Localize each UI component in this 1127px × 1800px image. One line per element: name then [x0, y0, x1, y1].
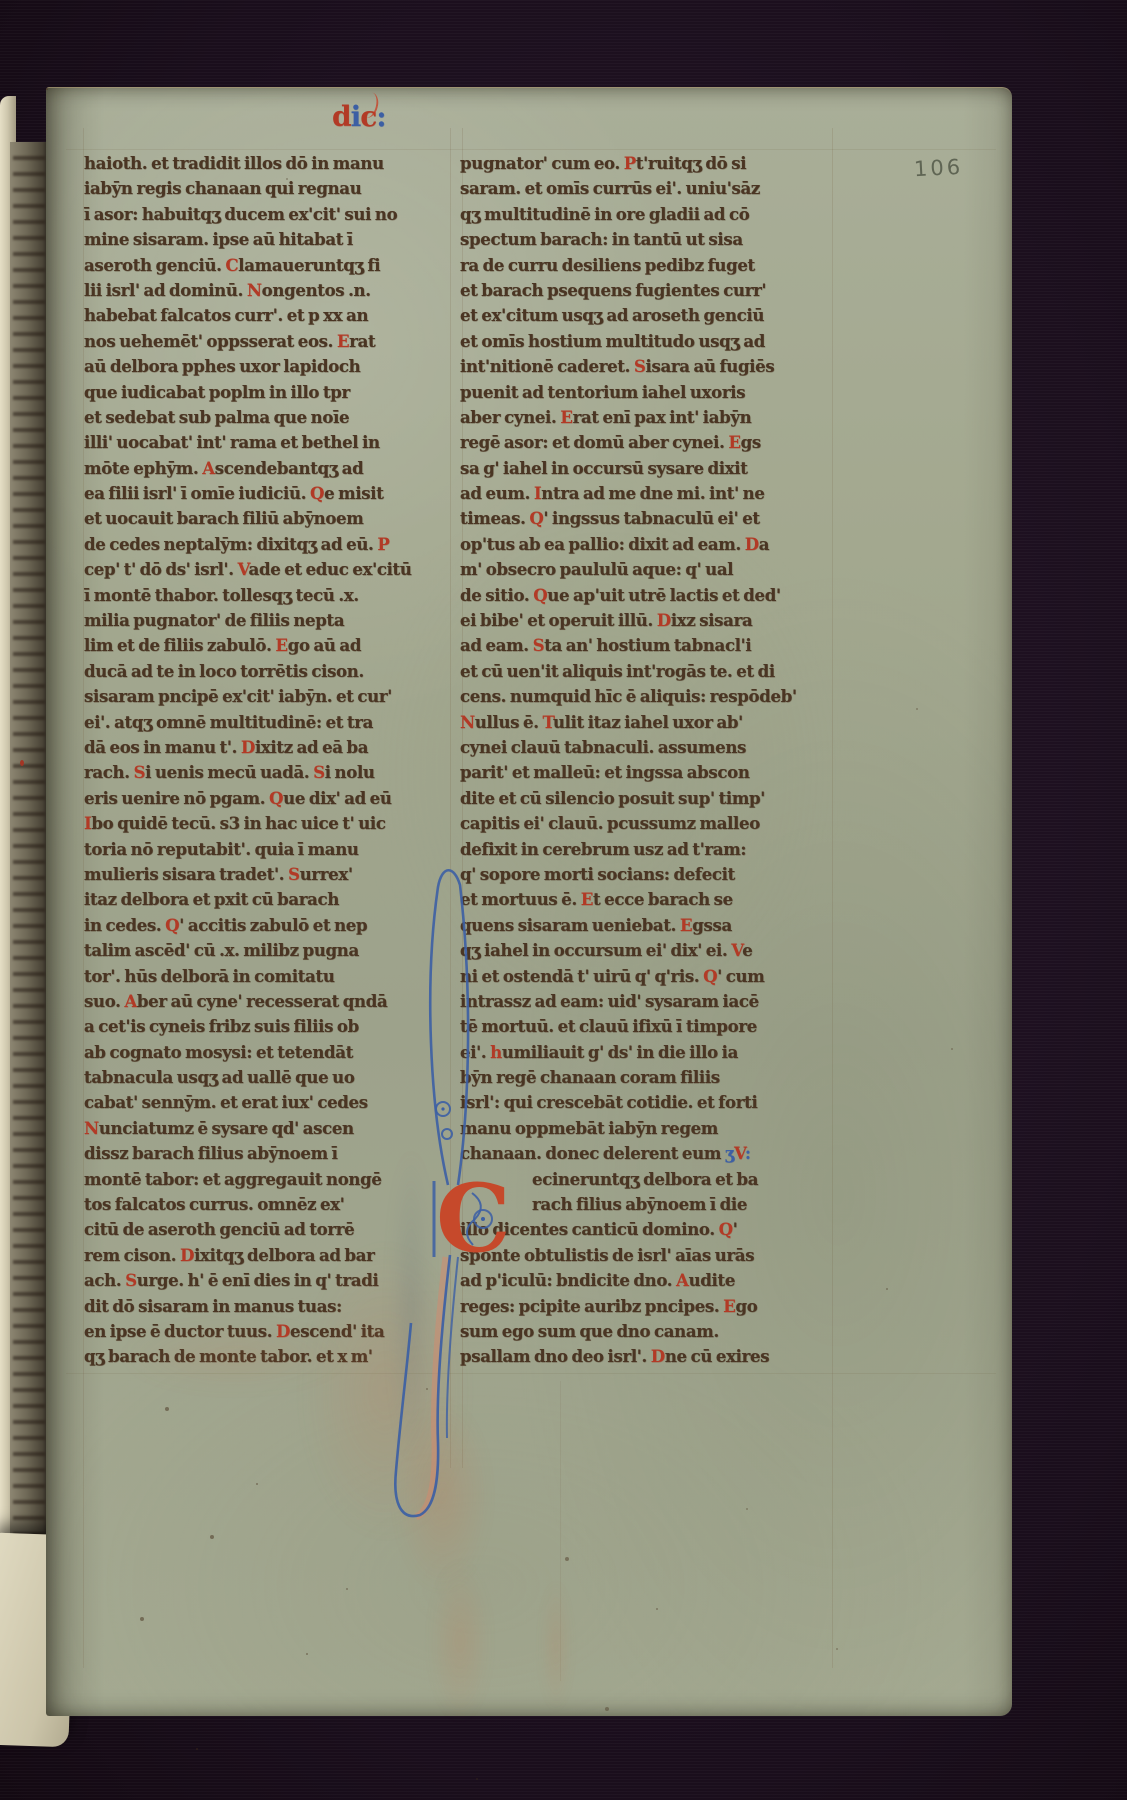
text-run: regē asor: et domū aber cynei. [460, 432, 728, 452]
text-run: D [657, 610, 671, 630]
text-run: dit dō sisaram in manus tuas: [84, 1296, 342, 1316]
text-line: que iudicabat poplm in illo tpr [84, 380, 454, 405]
text-line: ei'. atqʒ omnē multitudinē: et tra [84, 710, 454, 735]
text-run: N [247, 280, 262, 300]
text-line: mōte ephȳm. Ascendebantqʒ ad [84, 456, 454, 481]
text-line: cynei clauū tabnaculi. assumens [460, 735, 836, 760]
text-run: i uenis mecū uadā. [145, 762, 313, 782]
text-run: A [676, 1270, 689, 1290]
text-run: D [180, 1245, 194, 1265]
text-line: nos uehemēt' oppsserat eos. Erat [84, 329, 454, 354]
text-line: m' obsecro paululū aque: q' ual [460, 557, 836, 582]
text-run: tor'. hūs delborā in comitatu [84, 966, 335, 986]
text-run: C [225, 255, 238, 275]
text-line: et sedebat sub palma que noīe [84, 405, 454, 430]
text-run: S [533, 635, 545, 655]
text-run: e [742, 940, 752, 960]
text-run: D [276, 1321, 290, 1341]
text-run: sa g' iahel in occursū sysare dixit [460, 458, 748, 478]
text-run: T [542, 712, 552, 732]
text-line: ī asor: habuitqʒ ducem ex'cit' sui no [84, 202, 454, 227]
text-run: de cedes neptalȳm: dixitqʒ ad eū. [84, 534, 377, 554]
text-run: ach. [84, 1270, 125, 1290]
text-run: : [745, 1143, 751, 1163]
text-run: citū de aseroth genciū ad torrē [84, 1219, 354, 1239]
text-line: capitis ei' clauū. pcussumz malleo [460, 811, 836, 836]
text-run: ei bibe' et operuit illū. [460, 610, 657, 630]
text-line: dite et cū silencio posuit sup' timp' [460, 786, 836, 811]
show-through-stain [540, 1581, 572, 1711]
text-run: ea filii isrl' ī omīe iudiciū. [84, 483, 310, 503]
text-line: eris uenire nō pgam. Que dix' ad eū [84, 786, 454, 811]
text-run: ab cognato mosysi: et tetendāt [84, 1042, 353, 1062]
text-run: ' [733, 1219, 738, 1239]
parchment-page: dic: 106 haioth. et tradidit illos dō in… [46, 87, 1012, 1716]
text-run: mōte ephȳm. [84, 458, 202, 478]
text-run: Q [533, 585, 547, 605]
text-run: illi' uocabat' int' rama et bethel in [84, 432, 380, 452]
text-run: A [124, 991, 137, 1011]
text-run: et barach psequens fugientes curr' [460, 280, 766, 300]
text-run: mine sisaram. ipse aū hitabat ī [84, 229, 353, 249]
text-run: sisaram pncipē ex'cit' iabȳn. et cur' [84, 686, 392, 706]
text-run: lim et de filiis zabulō. [84, 635, 275, 655]
text-run: ' accitis zabulō et nep [179, 915, 367, 935]
text-line: de sitio. Que ap'uit utrē lactis et ded' [460, 583, 836, 608]
text-run: en ipse ē ductor tuus. [84, 1321, 276, 1341]
text-run: habebat falcatos curr'. et p xx an [84, 305, 368, 325]
text-run: E [581, 889, 593, 909]
text-run: lamaueruntqʒ fi [238, 255, 380, 275]
text-line: et ex'citum usqʒ ad aroseth genciū [460, 303, 836, 328]
text-run: cabat' sennȳm. et erat iux' cedes [84, 1092, 368, 1112]
text-run: rem cison. [84, 1245, 180, 1265]
manuscript-photo: dic: 106 haioth. et tradidit illos dō in… [0, 0, 1127, 1800]
text-line: lim et de filiis zabulō. Ego aū ad [84, 633, 454, 658]
text-run: capitis ei' clauū. pcussumz malleo [460, 813, 760, 833]
text-line: et cū uen'it aliquis int'rogās te. et di [460, 659, 836, 684]
text-run: ʒ [725, 1143, 734, 1163]
text-run: go aū ad [288, 635, 361, 655]
text-line: regē asor: et domū aber cynei. Egs [460, 430, 836, 455]
text-run: V [238, 559, 249, 579]
text-line: habebat falcatos curr'. et p xx an [84, 303, 454, 328]
text-line: int'nitionē caderet. Sisara aū fugiēs [460, 354, 836, 379]
text-line: dā eos in manu t'. Dixitz ad eā ba [84, 735, 454, 760]
text-run: Q [719, 1219, 733, 1239]
text-run: ī montē thabor. tollesqʒ tecū .x. [84, 585, 359, 605]
text-line: sa g' iahel in occursū sysare dixit [460, 456, 836, 481]
text-run: haioth. et tradidit illos dō in manu [84, 153, 384, 173]
text-run: talim ascēd' cū .x. milibz pugna [84, 940, 359, 960]
text-line: op'tus ab ea pallio: dixit ad eam. Da [460, 532, 836, 557]
text-run: S [125, 1270, 137, 1290]
text-run: a cet'is cyneis fribz suis filiis ob [84, 1016, 359, 1036]
text-run: m' obsecro paululū aque: q' ual [460, 559, 733, 579]
text-run: e misit [324, 483, 383, 503]
text-run: rat [349, 331, 375, 351]
text-run: P [624, 153, 636, 173]
text-run: a [759, 534, 769, 554]
text-run: rat enī pax int' iabȳn [573, 407, 752, 427]
text-run: dite et cū silencio posuit sup' timp' [460, 788, 765, 808]
text-run: int'nitionē caderet. [460, 356, 634, 376]
text-run: que iudicabat poplm in illo tpr [84, 382, 350, 402]
text-line: illi' uocabat' int' rama et bethel in [84, 430, 454, 455]
text-run: ' ingssus tabnaculū ei' et [543, 508, 759, 528]
ruling-line [66, 149, 996, 150]
text-run: rach filius abȳnoem ī die [532, 1194, 747, 1214]
text-run: spectum barach: in tantū ut sisa [460, 229, 743, 249]
text-run: Q [269, 788, 283, 808]
text-run: ullus ē. [475, 712, 543, 732]
text-run: tos falcatos currus. omnēz ex' [84, 1194, 344, 1214]
text-run: i nolu [325, 762, 375, 782]
text-run: umiliauit g' ds' in die illo ia [502, 1042, 738, 1062]
text-line: saram. et omīs currūs ei'. uniu'sāz [460, 176, 836, 201]
text-run: cep' t' dō ds' isrl'. [84, 559, 238, 579]
text-line: iabȳn regis chanaan qui regnau [84, 176, 454, 201]
text-run: E [560, 407, 572, 427]
text-line: lii isrl' ad dominū. Nongentos .n. [84, 278, 454, 303]
text-run: parit' et malleū: et ingssa abscon [460, 762, 750, 782]
text-run: toria nō reputabit'. quia ī manu [84, 839, 359, 859]
text-run: urrex' [300, 864, 353, 884]
text-run: tabnacula usqʒ ad uallē que uo [84, 1067, 355, 1087]
text-run: et uocauit barach filiū abȳnoem [84, 508, 363, 528]
text-run: S [313, 762, 325, 782]
text-run: N [84, 1118, 99, 1138]
text-run: E [723, 1296, 735, 1316]
penwork-dot-icon [441, 1107, 444, 1110]
text-run: aseroth genciū. [84, 255, 225, 275]
text-line: ra de curru desiliens pedibz fuget [460, 253, 836, 278]
text-run: V [731, 940, 742, 960]
text-run: et omīs hostium multitudo usqʒ ad [460, 331, 765, 351]
text-line: spectum barach: in tantū ut sisa [460, 227, 836, 252]
text-run: S [634, 356, 646, 376]
text-run: ad eum. [460, 483, 534, 503]
text-line: ducā ad te in loco torrētis cison. [84, 659, 454, 684]
text-line: mine sisaram. ipse aū hitabat ī [84, 227, 454, 252]
text-line: de cedes neptalȳm: dixitqʒ ad eū. P [84, 532, 454, 557]
text-run: ue dix' ad eū [283, 788, 391, 808]
text-run: S [288, 864, 300, 884]
text-run: timeas. [460, 508, 529, 528]
text-run: iabȳn regis chanaan qui regnau [84, 178, 361, 198]
text-line: et uocauit barach filiū abȳnoem [84, 506, 454, 531]
show-through-stain [430, 1561, 490, 1721]
text-run: scendebantqʒ ad [215, 458, 364, 478]
text-run: E [680, 915, 692, 935]
text-run: Q [165, 915, 179, 935]
text-run: Q [703, 966, 717, 986]
text-line: aber cynei. Erat enī pax int' iabȳn [460, 405, 836, 430]
text-run: D [745, 534, 759, 554]
text-run: D [241, 737, 255, 757]
text-run: op'tus ab ea pallio: dixit ad eam. [460, 534, 745, 554]
text-line: milia pugnator' de filiis nepta [84, 608, 454, 633]
text-run: lii isrl' ad dominū. [84, 280, 247, 300]
text-run: rach. [84, 762, 134, 782]
text-run: ixitz ad eā ba [255, 737, 368, 757]
ink-specks [46, 88, 48, 90]
text-run: ade et educ ex'citū [249, 559, 412, 579]
text-line: ad eum. Intra ad me dne mi. int' ne [460, 481, 836, 506]
text-run: gssa [692, 915, 732, 935]
text-run: t ecce barach se [593, 889, 733, 909]
text-run: suo. [84, 991, 124, 1011]
text-run: aber cynei. [460, 407, 560, 427]
text-run: itaz delbora et pxit cū barach [84, 889, 339, 909]
text-line: ī montē thabor. tollesqʒ tecū .x. [84, 583, 454, 608]
text-run: ta an' hostium tabnacl'i [544, 635, 751, 655]
text-run: in cedes. [84, 915, 165, 935]
text-line: cep' t' dō ds' isrl'. Vade et educ ex'ci… [84, 557, 454, 582]
text-run: de sitio. [460, 585, 533, 605]
text-line: ei bibe' et operuit illū. Dixz sisara [460, 608, 836, 633]
facing-page-shadowed-text [10, 142, 48, 1578]
text-run: ue ap'uit utrē lactis et ded' [547, 585, 780, 605]
text-run: d [332, 100, 351, 133]
penwork-knot-icon [442, 1129, 452, 1139]
text-run: ducā ad te in loco torrētis cison. [84, 661, 364, 681]
text-line: rach. Si uenis mecū uadā. Si nolu [84, 760, 454, 785]
text-line: timeas. Q' ingssus tabnaculū ei' et [460, 506, 836, 531]
text-run: montē tabor: et aggregauit nongē [84, 1169, 382, 1189]
text-line: parit' et malleū: et ingssa abscon [460, 760, 836, 785]
ruling-line [66, 1373, 996, 1374]
text-run: aū delbora pphes uxor lapidoch [84, 356, 360, 376]
text-run: Q [310, 483, 324, 503]
text-run: ecineruntqʒ delbora et ba [532, 1169, 758, 1189]
text-run: E [728, 432, 740, 452]
text-run: E [337, 331, 349, 351]
crease-line [560, 1381, 561, 1681]
text-run: udite [689, 1270, 735, 1290]
text-run: ntra ad me dne mi. int' ne [541, 483, 764, 503]
text-run: N [460, 712, 475, 732]
text-run: ulit itaz iahel uxor ab' [553, 712, 743, 732]
text-run: et ex'citum usqʒ ad aroseth genciū [460, 305, 764, 325]
text-run: go [735, 1296, 757, 1316]
folio-number: 106 [913, 155, 963, 182]
text-run: qʒ multitudinē in ore gladii ad cō [460, 204, 749, 224]
text-run: ne cū exires [665, 1346, 769, 1366]
text-run: ongentos .n. [262, 280, 371, 300]
text-line: et omīs hostium multitudo usqʒ ad [460, 329, 836, 354]
text-run: gs [741, 432, 761, 452]
text-line: et barach psequens fugientes curr' [460, 278, 836, 303]
text-run: A [202, 458, 215, 478]
text-run: ad eam. [460, 635, 533, 655]
text-run: ' cum [717, 966, 764, 986]
text-run: P [377, 534, 389, 554]
text-line: ad eam. Sta an' hostium tabnacl'i [460, 633, 836, 658]
text-run: cynei clauū tabnaculi. assumens [460, 737, 746, 757]
filigree-dot-icon [481, 1217, 485, 1221]
text-run: saram. et omīs currūs ei'. uniu'sāz [460, 178, 760, 198]
text-line: sisaram pncipē ex'cit' iabȳn. et cur' [84, 684, 454, 709]
text-run: Q [529, 508, 543, 528]
decorated-initial-penwork: C [350, 853, 520, 1563]
text-run: milia pugnator' de filiis nepta [84, 610, 344, 630]
text-run: ī asor: habuitqʒ ducem ex'cit' sui no [84, 204, 397, 224]
text-line: aseroth genciū. Clamaueruntqʒ fi [84, 253, 454, 278]
text-run: ixitqʒ delbora ad bar [194, 1245, 374, 1265]
text-run: ra de curru desiliens pedibz fuget [460, 255, 755, 275]
text-run: ixz sisara [671, 610, 753, 630]
text-run: V [734, 1143, 745, 1163]
text-line: haioth. et tradidit illos dō in manu [84, 151, 454, 176]
text-run: mulieris sisara tradet'. [84, 864, 288, 884]
red-accent-stroke-icon [416, 1257, 446, 1517]
text-run: bo quidē tecū. s3 in hac uice t' uic [91, 813, 385, 833]
text-line: aū delbora pphes uxor lapidoch [84, 354, 454, 379]
text-run: nos uehemēt' oppsserat eos. [84, 331, 337, 351]
text-run: dissz barach filius abȳnoem ī [84, 1143, 338, 1163]
text-line: puenit ad tentorium iahel uxoris [460, 380, 836, 405]
penwork-descender-icon [447, 1257, 458, 1438]
text-run: S [134, 762, 146, 782]
text-run: et sedebat sub palma que noīe [84, 407, 349, 427]
text-run: ei'. atqʒ omnē multitudinē: et tra [84, 712, 373, 732]
text-run: qʒ barach de monte tabor. et x m' [84, 1346, 373, 1366]
text-run: E [275, 635, 287, 655]
text-line: Ibo quidē tecū. s3 in hac uice t' uic [84, 811, 454, 836]
text-run: cens. numquid hīc ē aliquis: respōdeb' [460, 686, 797, 706]
text-run: isara aū fugiēs [646, 356, 775, 376]
text-run: D [651, 1346, 665, 1366]
text-run: t'ruitqʒ dō si [636, 153, 746, 173]
text-run: unciatumz ē sysare qd' ascen [99, 1118, 354, 1138]
text-run: et cū uen'it aliquis int'rogās te. et di [460, 661, 775, 681]
text-line: pugnator' cum eo. Pt'ruitqʒ dō si [460, 151, 836, 176]
text-line: ea filii isrl' ī omīe iudiciū. Qe misit [84, 481, 454, 506]
text-run: pugnator' cum eo. [460, 153, 624, 173]
text-run: puenit ad tentorium iahel uxoris [460, 382, 745, 402]
text-run: urge. h' ē enī dies in q' tradi [137, 1270, 379, 1290]
text-line: cens. numquid hīc ē aliquis: respōdeb' [460, 684, 836, 709]
text-run: dā eos in manu t'. [84, 737, 241, 757]
text-run: eris uenire nō pgam. [84, 788, 269, 808]
text-line: Nullus ē. Tulit itaz iahel uxor ab' [460, 710, 836, 735]
text-line: qʒ multitudinē in ore gladii ad cō [460, 202, 836, 227]
